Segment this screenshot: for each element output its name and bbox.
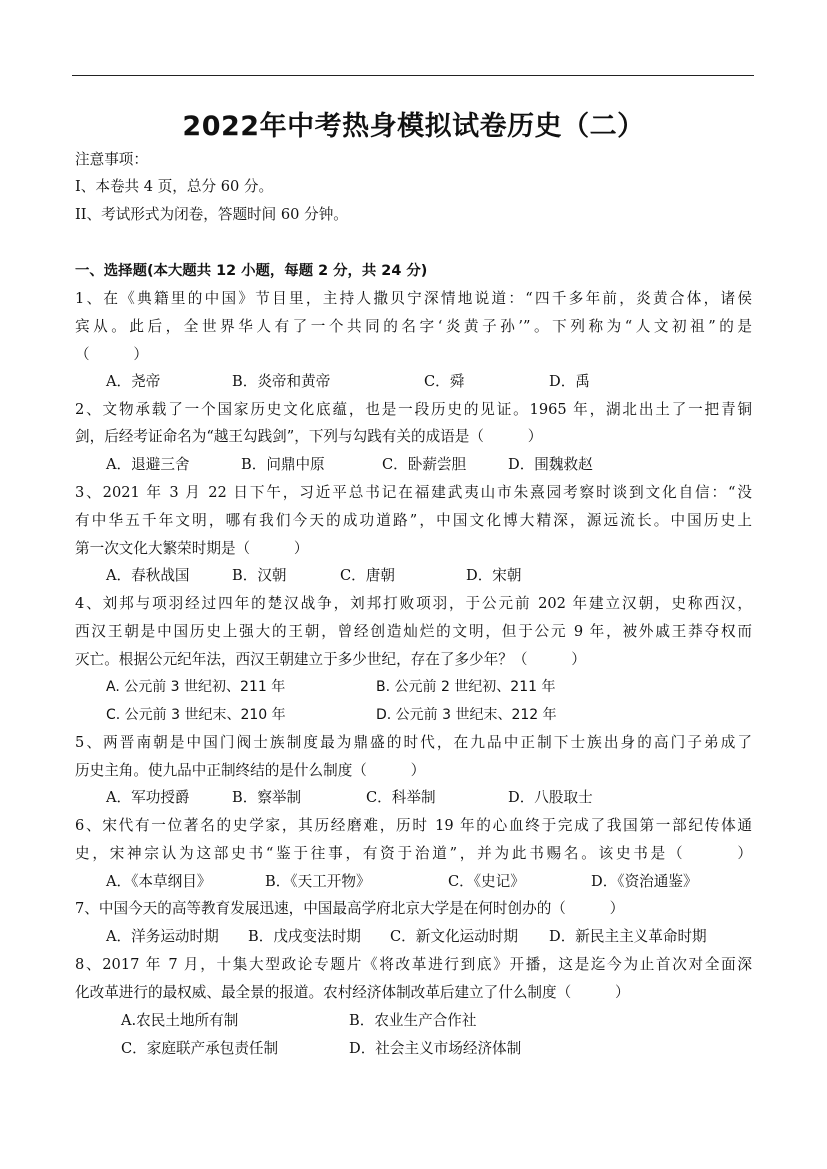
- question-4-text: 西汉王朝是中国历史上强大的王朝，曾经创造灿烂的文明，但于公元 9 年，被外戚王莽…: [75, 622, 752, 642]
- question-4-option-d: D. 公元前 3 世纪末、212 年: [376, 705, 557, 725]
- question-7-text: 7、中国今天的高等教育发展迅速，中国最高学府北京大学是在何时创办的（ ）: [75, 899, 624, 919]
- question-3-text: 3、2021 年 3 月 22 日下午，习近平总书记在福建武夷山市朱熹园考察时谈…: [75, 483, 752, 503]
- section-heading: 一、选择题(本大题共 12 小题，每题 2 分，共 24 分): [75, 261, 427, 281]
- question-3-option-b: B．汉朝: [232, 566, 287, 586]
- question-8-text: 化改革进行的最权威、最全景的报道。农村经济体制改革后建立了什么制度（ ）: [75, 983, 630, 1003]
- question-2-text: 2、文物承载了一个国家历史文化底蕴，也是一段历史的见证。1965 年，湖北出土了…: [75, 400, 752, 420]
- question-7-option-a: A．洋务运动时期: [106, 927, 219, 947]
- question-4-option-a: A. 公元前 3 世纪初、211 年: [106, 677, 285, 697]
- question-5-text: 5、两晋南朝是中国门阀士族制度最为鼎盛的时代，在九品中正制下士族出身的高门子弟成…: [75, 733, 752, 753]
- question-6-text: 史，宋神宗认为这部史书“鉴于往事，有资于治道”，并为此书赐名。该史书是（ ）: [75, 844, 752, 864]
- question-3-text: 第一次文化大繁荣时期是（ ）: [75, 539, 309, 559]
- question-5-option-d: D．八股取士: [508, 788, 593, 808]
- question-8-text: 8、2017 年 7 月，十集大型政论专题片《将改革进行到底》开播，这是迄今为止…: [75, 955, 752, 975]
- question-6-option-c: C．《史记》: [448, 872, 525, 892]
- question-2-option-b: B．问鼎中原: [241, 455, 325, 475]
- note-item: I、本卷共 4 页，总分 60 分。: [75, 177, 273, 197]
- question-8-option-c: C．家庭联产承包责任制: [121, 1039, 278, 1059]
- question-1-option-d: D．禹: [549, 372, 590, 392]
- question-3-option-a: A．春秋战国: [106, 566, 190, 586]
- question-3-option-c: C．唐朝: [340, 566, 395, 586]
- question-1-text: 1、在《典籍里的中国》节目里，主持人撒贝宁深情地说道：“四千多年前，炎黄合体，诸…: [75, 289, 752, 309]
- question-8-option-d: D．社会主义市场经济体制: [349, 1039, 521, 1059]
- question-2-option-d: D．围魏救赵: [508, 455, 593, 475]
- question-5-option-c: C．科举制: [366, 788, 436, 808]
- question-6-option-b: B．《天工开物》: [265, 872, 371, 892]
- question-6-option-d: D．《资治通鉴》: [591, 872, 698, 892]
- question-8-option-b: B．农业生产合作社: [349, 1011, 476, 1031]
- question-7-option-d: D．新民主主义革命时期: [549, 927, 707, 947]
- header-rule: [72, 75, 754, 76]
- question-6-option-a: A．《本草纲目》: [106, 872, 211, 892]
- question-8-option-a: A.农民土地所有制: [121, 1011, 238, 1031]
- question-4-option-b: B. 公元前 2 世纪初、211 年: [376, 677, 555, 697]
- question-1-option-b: B．炎帝和黄帝: [232, 372, 330, 392]
- question-3-option-d: D．宋朝: [466, 566, 521, 586]
- question-1-option-a: A．尧帝: [106, 372, 160, 392]
- question-3-text: 有中华五千年文明，哪有我们今天的成功道路”，中国文化博大精深，源远流长。中国历史…: [75, 511, 752, 531]
- question-4-text: 灭亡。根据公元纪年法，西汉王朝建立于多少世纪，存在了多少年？（ ）: [75, 650, 586, 670]
- question-5-text: 历史主角。使九品中正制终结的是什么制度（ ）: [75, 761, 425, 781]
- question-5-option-a: A．军功授爵: [106, 788, 190, 808]
- note-item: II、考试形式为闭卷，答题时间 60 分钟。: [75, 205, 348, 225]
- question-2-option-c: C．卧薪尝胆: [382, 455, 466, 475]
- question-4-option-c: C. 公元前 3 世纪末、210 年: [106, 705, 286, 725]
- question-1-option-c: C．舜: [424, 372, 464, 392]
- question-7-option-b: B．戊戌变法时期: [248, 927, 361, 947]
- question-1-text: 宾从。此后，全世界华人有了一个共同的名字‘炎黄子孙’”。下列称为“人文初祖”的是: [75, 317, 752, 337]
- question-2-option-a: A．退避三舍: [106, 455, 190, 475]
- question-6-text: 6、宋代有一位著名的史学家，其历经磨难，历时 19 年的心血终于完成了我国第一部…: [75, 816, 752, 836]
- question-1-answer-blank: （ ）: [75, 345, 148, 365]
- question-2-text: 剑，后经考证命名为“越王勾践剑”，下列与勾践有关的成语是（ ）: [75, 427, 542, 447]
- notes-heading: 注意事项：: [75, 150, 148, 170]
- question-5-option-b: B．察举制: [232, 788, 301, 808]
- page-title: 2022年中考热身模拟试卷历史（二）: [0, 104, 827, 143]
- question-7-option-c: C．新文化运动时期: [390, 927, 518, 947]
- question-4-text: 4、刘邦与项羽经过四年的楚汉战争，刘邦打败项羽，于公元前 202 年建立汉朝，史…: [75, 594, 752, 614]
